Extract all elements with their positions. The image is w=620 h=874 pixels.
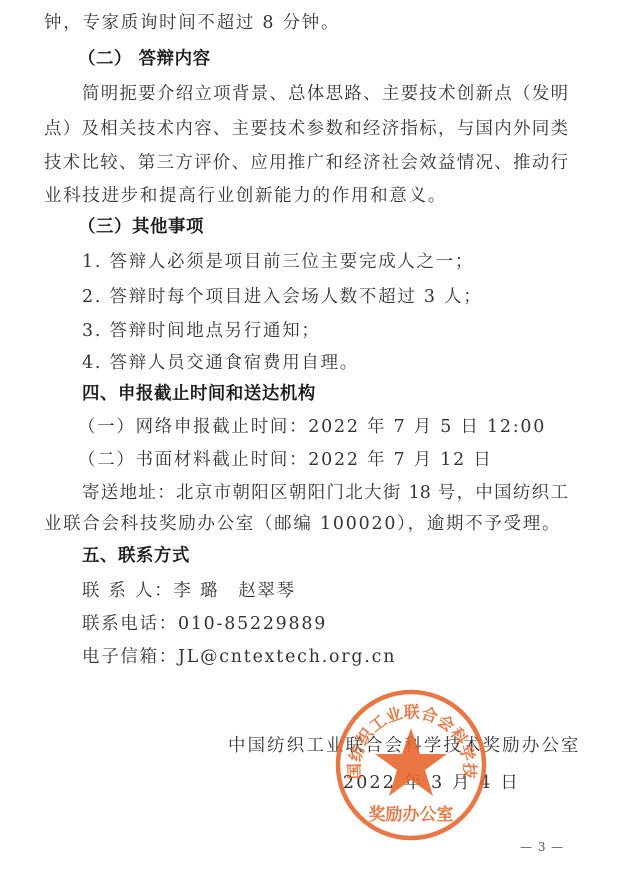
subheading-other-matters: （三）其他事项 xyxy=(78,214,602,240)
contact-email: 电子信箱：JL@cntextech.org.cn xyxy=(82,644,568,670)
contact-person: 联 系 人：李 璐 赵翠琴 xyxy=(82,578,568,604)
heading-deadline: 四、申报截止时间和送达机构 xyxy=(82,381,568,407)
contact-phone: 联系电话：010-85229889 xyxy=(82,611,568,637)
deadline-paper: （二）书面材料截止时间：2022 年 7 月 12 日 xyxy=(78,447,602,473)
list-item: 4. 答辩人员交通食宿费用自理。 xyxy=(82,350,568,376)
document-page: 钟，专家质询时间不超过 8 分钟。 （二） 答辩内容 简明扼要介绍立项背景、总体… xyxy=(0,0,620,874)
official-seal-icon: 中国纺织工业联合会科学技术 奖励办公室 xyxy=(334,688,488,842)
body-line: 点）及相关技术内容、主要技术参数和经济指标，与国内外同类 xyxy=(44,116,568,142)
page-number: — 3 — xyxy=(520,840,564,854)
mailing-address: 寄送地址：北京市朝阳区朝阳门北大街 18 号，中国纺织工 xyxy=(82,480,568,506)
body-line: 技术比较、第三方评价、应用推广和经济社会效益情况、推动行 xyxy=(44,150,568,176)
subheading-defense-content: （二） 答辩内容 xyxy=(78,46,602,72)
list-item: 2. 答辩时每个项目进入会场人数不超过 3 人； xyxy=(82,284,568,310)
mailing-address-cont: 业联合会科技奖励办公室（邮编 100020），逾期不予受理。 xyxy=(44,511,568,537)
list-item: 3. 答辩时间地点另行通知； xyxy=(82,318,568,344)
list-item: 1. 答辩人必须是项目前三位主要完成人之一； xyxy=(82,249,568,275)
body-line: 业科技进步和提高行业创新能力的作用和意义。 xyxy=(44,183,568,209)
deadline-online: （一）网络申报截止时间：2022 年 7 月 5 日 12:00 xyxy=(78,414,602,440)
heading-contact: 五、联系方式 xyxy=(82,543,568,569)
seal-bottom-text: 奖励办公室 xyxy=(369,804,454,825)
body-line: 简明扼要介绍立项背景、总体思路、主要技术创新点（发明 xyxy=(82,81,568,107)
body-line: 钟，专家质询时间不超过 8 分钟。 xyxy=(44,10,568,36)
